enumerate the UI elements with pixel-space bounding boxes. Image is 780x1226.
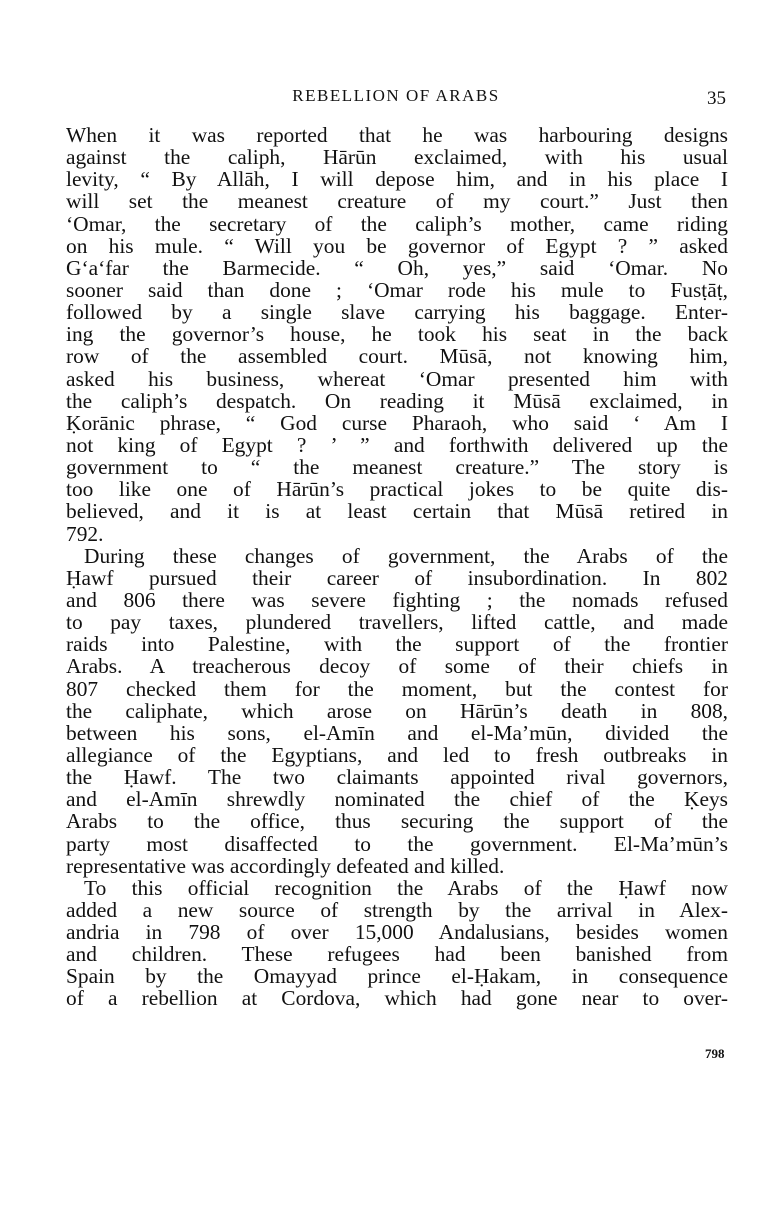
text-line: the caliph’s despatch. On reading it Mūs… (66, 390, 728, 412)
text-line: Ḳorānic phrase, “ God curse Pharaoh, who… (66, 412, 728, 434)
text-line: Spain by the Omayyad prince el-Ḥakam, in… (66, 965, 728, 987)
text-line: andria in 798 of over 15,000 Andalusians… (66, 921, 728, 943)
text-line: too like one of Hārūn’s practical jokes … (66, 478, 728, 500)
text-line: party most disaffected to the government… (66, 833, 728, 855)
page-number: 35 (707, 88, 726, 110)
body-text: When it was reported that he was harbour… (66, 124, 728, 1010)
text-line: ing the governor’s house, he took his se… (66, 323, 728, 345)
text-line: 792. (66, 523, 728, 545)
text-line: against the caliph, Hārūn exclaimed, wit… (66, 146, 728, 168)
text-line: 807 checked them for the moment, but the… (66, 678, 728, 700)
text-line: government to “ the meanest creature.” T… (66, 456, 728, 478)
text-line: To this official recognition the Arabs o… (66, 877, 728, 899)
text-line: asked his business, whereat ‘Omar presen… (66, 368, 728, 390)
text-line: the caliphate, which arose on Hārūn’s de… (66, 700, 728, 722)
text-line: and el-Amīn shrewdly nominated the chief… (66, 788, 728, 810)
text-line: and children. These refugees had been ba… (66, 943, 728, 965)
text-line: row of the assembled court. Mūsā, not kn… (66, 345, 728, 367)
text-line: between his sons, el-Amīn and el-Ma’mūn,… (66, 722, 728, 744)
text-line: of a rebellion at Cordova, which had gon… (66, 987, 728, 1009)
text-line: followed by a single slave carrying his … (66, 301, 728, 323)
text-line: added a new source of strength by the ar… (66, 899, 728, 921)
text-line: levity, “ By Allāh, I will depose him, a… (66, 168, 728, 190)
text-line: G‘a‘far the Barmecide. “ Oh, yes,” said … (66, 257, 728, 279)
text-line: on his mule. “ Will you be governor of E… (66, 235, 728, 257)
text-line: will set the meanest creature of my cour… (66, 190, 728, 212)
text-line: When it was reported that he was harbour… (66, 124, 728, 146)
text-line: allegiance of the Egyptians, and led to … (66, 744, 728, 766)
margin-note: 798 (705, 1046, 725, 1062)
text-line: raids into Palestine, with the support o… (66, 633, 728, 655)
text-line: sooner said than done ; ‘Omar rode his m… (66, 279, 728, 301)
running-title: REBELLION OF ARABS (66, 86, 726, 106)
text-line: the Ḥawf. The two claimants appointed ri… (66, 766, 728, 788)
text-line: not king of Egypt ? ’ ” and forthwith de… (66, 434, 728, 456)
book-page: REBELLION OF ARABS 35 When it was report… (0, 0, 780, 1226)
text-line: representative was accordingly defeated … (66, 855, 728, 877)
text-line: Arabs. A treacherous decoy of some of th… (66, 655, 728, 677)
text-line: believed, and it is at least certain tha… (66, 500, 728, 522)
text-line: and 806 there was severe fighting ; the … (66, 589, 728, 611)
text-line: During these changes of government, the … (66, 545, 728, 567)
text-line: Arabs to the office, thus securing the s… (66, 810, 728, 832)
text-line: ‘Omar, the secretary of the caliph’s mot… (66, 213, 728, 235)
text-line: to pay taxes, plundered travellers, lift… (66, 611, 728, 633)
running-head: REBELLION OF ARABS 35 (66, 86, 726, 110)
text-line: Ḥawf pursued their career of insubordina… (66, 567, 728, 589)
